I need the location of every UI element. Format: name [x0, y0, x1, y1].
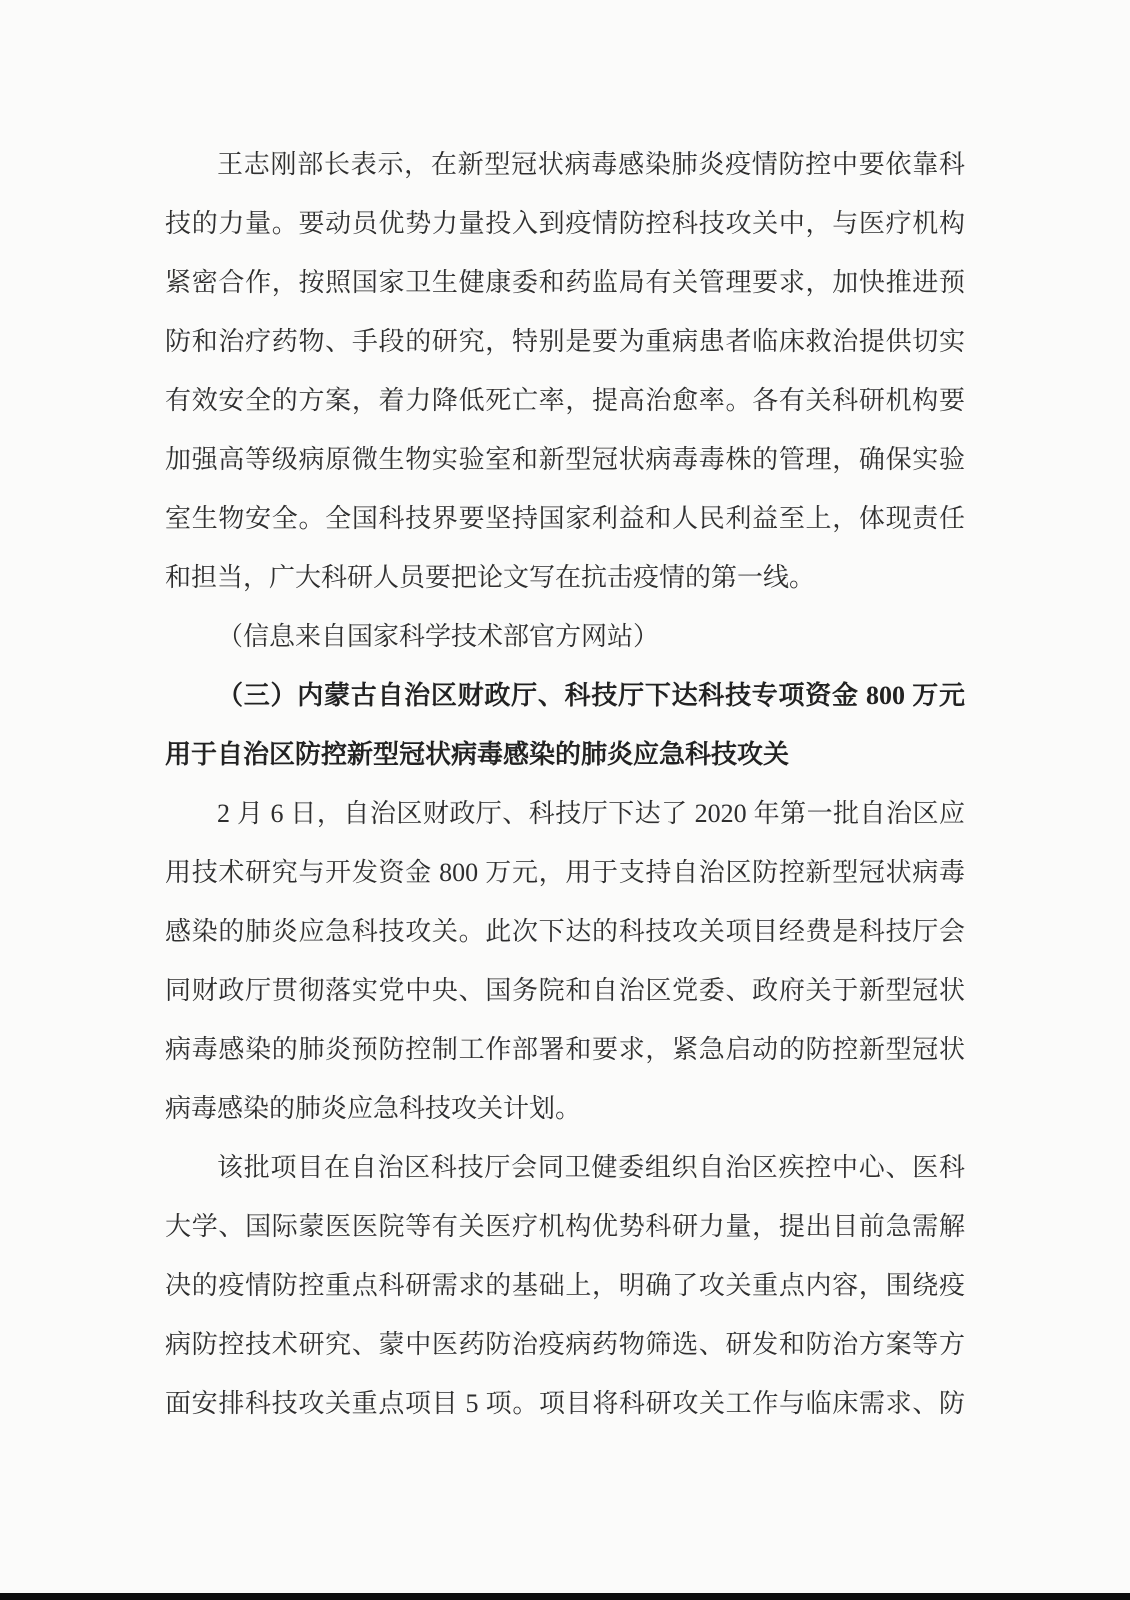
text-line: 王志刚部长表示，在新型冠状病毒感染肺炎疫情防控中要依靠科: [165, 135, 965, 194]
text-line: 该批项目在自治区科技厅会同卫健委组织自治区疾控中心、医科: [165, 1138, 965, 1197]
text-line: 技的力量。要动员优势力量投入到疫情防控科技攻关中，与医疗机构: [165, 194, 965, 253]
text-line: 用技术研究与开发资金 800 万元，用于支持自治区防控新型冠状病毒: [165, 843, 965, 902]
text-line: 2 月 6 日，自治区财政厅、科技厅下达了 2020 年第一批自治区应: [165, 784, 965, 843]
text-line: 同财政厅贯彻落实党中央、国务院和自治区党委、政府关于新型冠状: [165, 961, 965, 1020]
text-line: 防和治疗药物、手段的研究，特别是要为重病患者临床救治提供切实: [165, 312, 965, 371]
text-line: 面安排科技攻关重点项目 5 项。项目将科研攻关工作与临床需求、防: [165, 1374, 965, 1433]
document-page: 王志刚部长表示，在新型冠状病毒感染肺炎疫情防控中要依靠科技的力量。要动员优势力量…: [0, 0, 1130, 1600]
text-line: 病防控技术研究、蒙中医药防治疫病药物筛选、研发和防治方案等方: [165, 1315, 965, 1374]
text-line: 大学、国际蒙医医院等有关医疗机构优势科研力量，提出目前急需解: [165, 1197, 965, 1256]
page-bottom-edge: [0, 1593, 1130, 1600]
text-line: 病毒感染的肺炎应急科技攻关计划。: [165, 1079, 965, 1138]
text-line: 加强高等级病原微生物实验室和新型冠状病毒毒株的管理，确保实验: [165, 430, 965, 489]
text-line: 病毒感染的肺炎预防控制工作部署和要求，紧急启动的防控新型冠状: [165, 1020, 965, 1079]
text-line: 室生物安全。全国科技界要坚持国家利益和人民利益至上，体现责任: [165, 489, 965, 548]
text-line: 紧密合作，按照国家卫生健康委和药监局有关管理要求，加快推进预: [165, 253, 965, 312]
text-line: （信息来自国家科学技术部官方网站）: [165, 607, 965, 666]
text-line: 决的疫情防控重点科研需求的基础上，明确了攻关重点内容，围绕疫: [165, 1256, 965, 1315]
text-line: 感染的肺炎应急科技攻关。此次下达的科技攻关项目经费是科技厅会: [165, 902, 965, 961]
text-line: 有效安全的方案，着力降低死亡率，提高治愈率。各有关科研机构要: [165, 371, 965, 430]
heading-line: 用于自治区防控新型冠状病毒感染的肺炎应急科技攻关: [165, 725, 965, 784]
heading-line: （三）内蒙古自治区财政厅、科技厅下达科技专项资金 800 万元: [165, 666, 965, 725]
text-line: 和担当，广大科研人员要把论文写在抗击疫情的第一线。: [165, 548, 965, 607]
document-body: 王志刚部长表示，在新型冠状病毒感染肺炎疫情防控中要依靠科技的力量。要动员优势力量…: [165, 135, 965, 1433]
